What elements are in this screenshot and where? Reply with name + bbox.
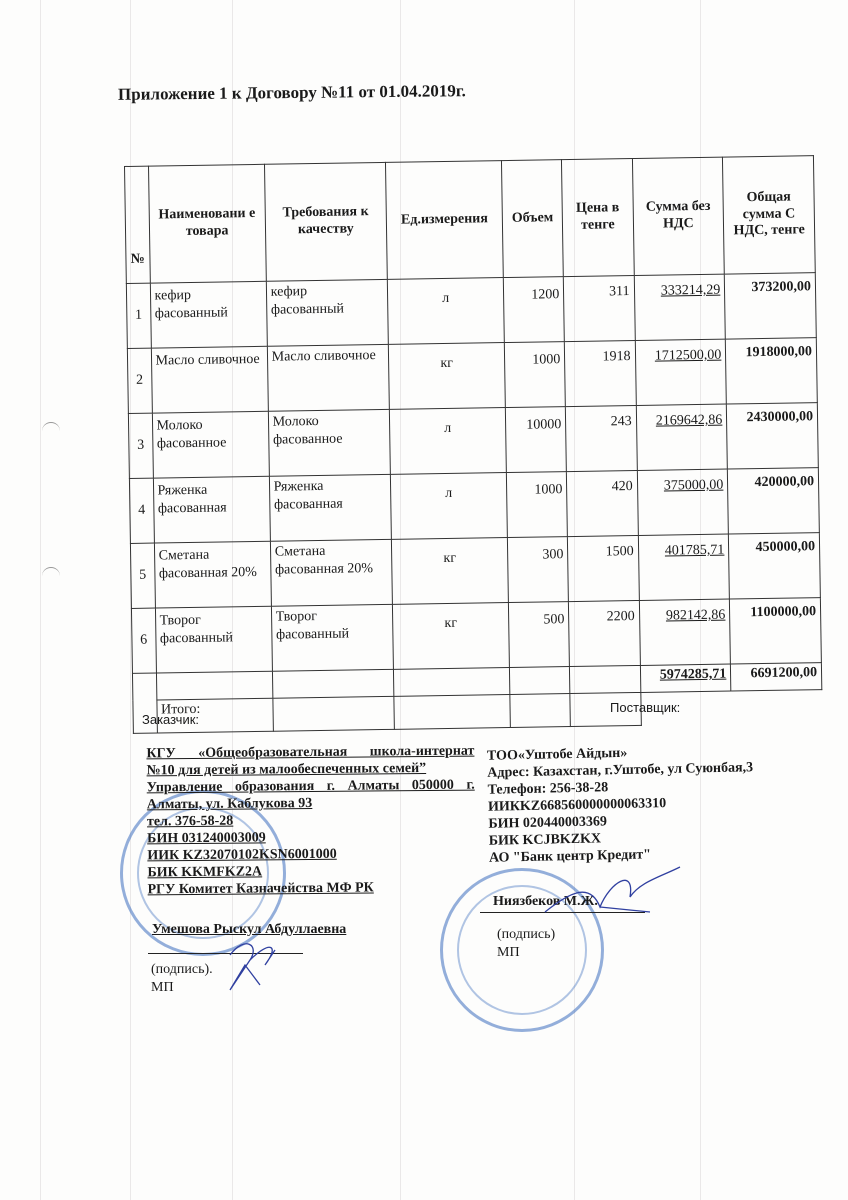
table-row: 3Молоко фасованноеМолоко фасованноел1000… — [128, 403, 818, 479]
row-number: 2 — [127, 348, 152, 413]
item-price: 1918 — [565, 340, 636, 406]
col-header-name: Наименовани е товара — [148, 164, 266, 283]
item-unit: кг — [392, 603, 509, 670]
table-row: 1кефир фасованныйкефир фасованныйл120031… — [126, 273, 816, 349]
item-name: Молоко фасованное — [152, 411, 269, 478]
supplier-seal-mark: МП — [497, 945, 520, 961]
item-volume: 1000 — [506, 472, 567, 538]
item-volume: 300 — [508, 537, 569, 603]
supplier-signature-caption: (подпись) — [497, 927, 555, 943]
col-header-gross-sum: Общая сумма С НДС, тенге — [723, 156, 816, 274]
total-gross-sum: 6691200,00 — [731, 663, 822, 691]
empty-cell — [394, 695, 511, 730]
empty-cell — [273, 696, 395, 731]
item-price: 2200 — [569, 600, 640, 666]
total-net-sum: 5974285,71 — [640, 664, 731, 692]
scan-artifact — [40, 0, 41, 1200]
item-price: 420 — [567, 470, 638, 536]
item-net-sum: 1712500,00 — [635, 339, 727, 405]
item-requirements: Ряженка фасованная — [269, 474, 391, 541]
col-header-unit: Ед.измерения — [385, 161, 503, 280]
customer-seal-mark: МП — [151, 980, 174, 996]
item-gross-sum: 2430000,00 — [727, 403, 819, 469]
customer-signature-caption: (подпись). — [151, 962, 213, 978]
row-number: 5 — [130, 543, 155, 608]
item-requirements: Творог фасованный — [271, 604, 393, 671]
table-row: 4Ряженка фасованнаяРяженка фасованнаял10… — [129, 468, 819, 544]
item-price: 1500 — [568, 535, 639, 601]
item-volume: 500 — [509, 602, 570, 668]
table-row: 6Творог фасованныйТворог фасованныйкг500… — [131, 598, 821, 674]
item-gross-sum: 373200,00 — [725, 273, 817, 339]
row-number: 1 — [126, 283, 151, 348]
item-requirements: Масло сливочное — [267, 344, 389, 411]
table-header-row: № Наименовани е товара Требования к каче… — [125, 156, 816, 284]
row-number: 4 — [129, 478, 154, 543]
col-header-net-sum: Сумма без НДС — [632, 157, 725, 275]
empty-cell — [510, 694, 571, 728]
item-unit: л — [387, 278, 504, 345]
item-requirements: Молоко фасованное — [268, 409, 390, 476]
punch-hole-mark — [42, 567, 60, 578]
item-net-sum: 375000,00 — [637, 469, 729, 535]
col-header-volume: Объем — [502, 160, 564, 278]
item-name: Ряженка фасованная — [153, 476, 270, 543]
item-name: Сметана фасованная 20% — [154, 541, 271, 608]
supplier-details: ТОО«Уштобе Айдын» Адрес: Казахстан, г.Уш… — [487, 742, 755, 867]
empty-cell — [510, 667, 571, 695]
row-number: 6 — [131, 608, 156, 673]
item-gross-sum: 450000,00 — [729, 533, 821, 599]
customer-signature-scribble — [220, 925, 290, 995]
customer-dept-line: Управление образования г. Алматы 050000 … — [147, 777, 475, 797]
empty-cell — [731, 690, 822, 724]
item-net-sum: 401785,71 — [638, 534, 730, 600]
item-unit: кг — [388, 343, 505, 410]
item-requirements: кефир фасованный — [266, 279, 388, 346]
item-name: Масло сливочное — [151, 346, 268, 413]
table-row: 5Сметана фасованная 20%Сметана фасованна… — [130, 533, 820, 609]
item-unit: л — [390, 473, 507, 540]
item-net-sum: 982142,86 — [639, 599, 731, 665]
empty-cell — [156, 671, 273, 700]
item-requirements: Сметана фасованная 20% — [270, 539, 392, 606]
item-net-sum: 333214,29 — [634, 274, 726, 340]
item-gross-sum: 1100000,00 — [730, 598, 822, 664]
empty-cell — [272, 669, 394, 698]
item-price: 311 — [564, 276, 635, 342]
item-volume: 1000 — [504, 342, 565, 408]
col-header-requirements: Требования к качеству — [264, 162, 387, 281]
supplier-signature-scribble — [540, 862, 690, 922]
customer-label: Заказчик: — [142, 712, 199, 727]
table-row: 2Масло сливочноеМасло сливочноекг1000191… — [127, 338, 817, 414]
item-net-sum: 2169642,86 — [636, 404, 728, 470]
item-volume: 1200 — [503, 277, 564, 343]
goods-table: № Наименовани е товара Требования к каче… — [124, 155, 823, 734]
item-name: кефир фасованный — [150, 281, 267, 348]
customer-bank: РГУ Комитет Казначейства МФ РК — [148, 879, 476, 899]
col-header-price: Цена в тенге — [562, 159, 634, 277]
document-title: Приложение 1 к Договору №11 от 01.04.201… — [118, 81, 466, 105]
item-volume: 10000 — [505, 407, 566, 473]
supplier-label: Поставщик: — [610, 700, 680, 715]
row-number: 3 — [128, 413, 153, 478]
item-price: 243 — [566, 405, 637, 471]
col-header-number: № — [125, 166, 150, 283]
empty-cell — [570, 665, 641, 693]
item-name: Творог фасованный — [155, 606, 272, 673]
item-gross-sum: 420000,00 — [728, 468, 820, 534]
punch-hole-mark — [42, 422, 60, 433]
customer-details: КГУ «Общеобразовательная школа-интернат … — [146, 743, 475, 899]
empty-cell — [393, 668, 510, 697]
item-gross-sum: 1918000,00 — [726, 338, 818, 404]
item-unit: л — [389, 408, 506, 475]
item-unit: кг — [391, 538, 508, 605]
